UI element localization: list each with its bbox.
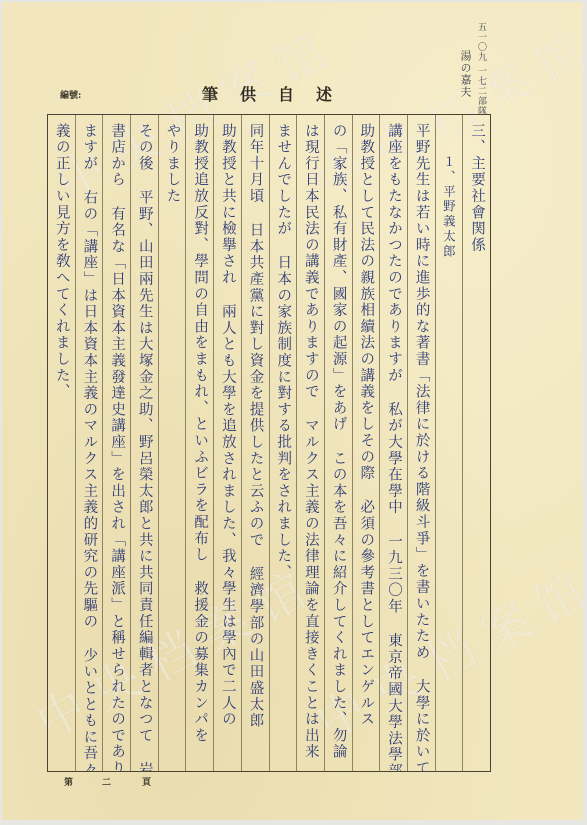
text-column: その後 平野、山田兩先生は大塚金之助、野呂榮太郎と共に共同責任編輯者となつて 岩… [130, 115, 158, 771]
text-column-heading: 三、主要社會関係 [462, 115, 490, 771]
text-column: 助教授追放反對、學問の自由をまもれ、といふビラを配布し 救援金の募集カンパを [185, 115, 213, 771]
serial-number-label: 編號: [60, 88, 81, 101]
text-column-subheading: １、平野義太郎 [435, 115, 463, 771]
text-column: 書店から 有名な「日本資本主義發達史講座」を出され「講座派」と稱せられたのであり [102, 115, 130, 771]
text-column: 同年十月頃 日本共產黨に對し資金を提供したと云ふので 經濟學部の山田盛太郎 [241, 115, 269, 771]
text-column: 助教授として民法の親族相續法の講義をしその際 必須の參考書としてエンゲルス [352, 115, 380, 771]
page-number: 二 [102, 775, 111, 788]
text-column: 助教授と共に檢擧され 兩人とも大學を追放されました、我々學生は學內で二人の [213, 115, 241, 771]
text-column: 平野先生は若い時に進歩的な著書「法律に於ける階級斗爭」を書いたため 大學に於いて [407, 115, 435, 771]
text-column: ませんでしたが 日本の家族制度に對する批判をされました、 [269, 115, 297, 771]
page-footer-prefix: 第 [64, 775, 73, 788]
text-column: の「家族、私有財產、國家の起源」をあげ この本を吾々に紹介してくれました、勿論 … [324, 115, 352, 771]
corner-note-unit: 五一〇九 一七二部隊 [475, 22, 486, 116]
text-column: やりました [158, 115, 186, 771]
text-column: は現行日本民法の講義でありますので マルクス主義の法律理論を直接きくことは出来 [296, 115, 324, 771]
manuscript-grid: 三、主要社會関係 １、平野義太郎 平野先生は若い時に進歩的な著書「法律に於ける階… [47, 114, 491, 772]
page-footer-suffix: 頁 [142, 775, 151, 788]
form-title: 筆 供 自 述 [202, 82, 332, 105]
form-title-char: 述 [316, 82, 332, 105]
corner-note-name: 湯の嘉夫 [460, 50, 471, 98]
text-column: ますが 右の「講座」は日本資本主義のマルクス主義的研究の先驅の 少いとともに吾々… [75, 115, 103, 771]
text-column: 義の正しい見方を敎へてくれました、 [48, 115, 75, 771]
form-title-char: 供 [240, 82, 256, 105]
form-title-char: 筆 [202, 82, 218, 105]
form-title-char: 自 [278, 82, 294, 105]
text-column: 講座をもたなかつたのでありますが 私が大學在學中 一九三〇年 東京帝國大學法學部 [379, 115, 407, 771]
document-page: 中央档案馆 中央档案馆 中央档案馆 中央档案馆 五一〇九 一七二部隊 湯の嘉夫 … [2, 2, 583, 820]
